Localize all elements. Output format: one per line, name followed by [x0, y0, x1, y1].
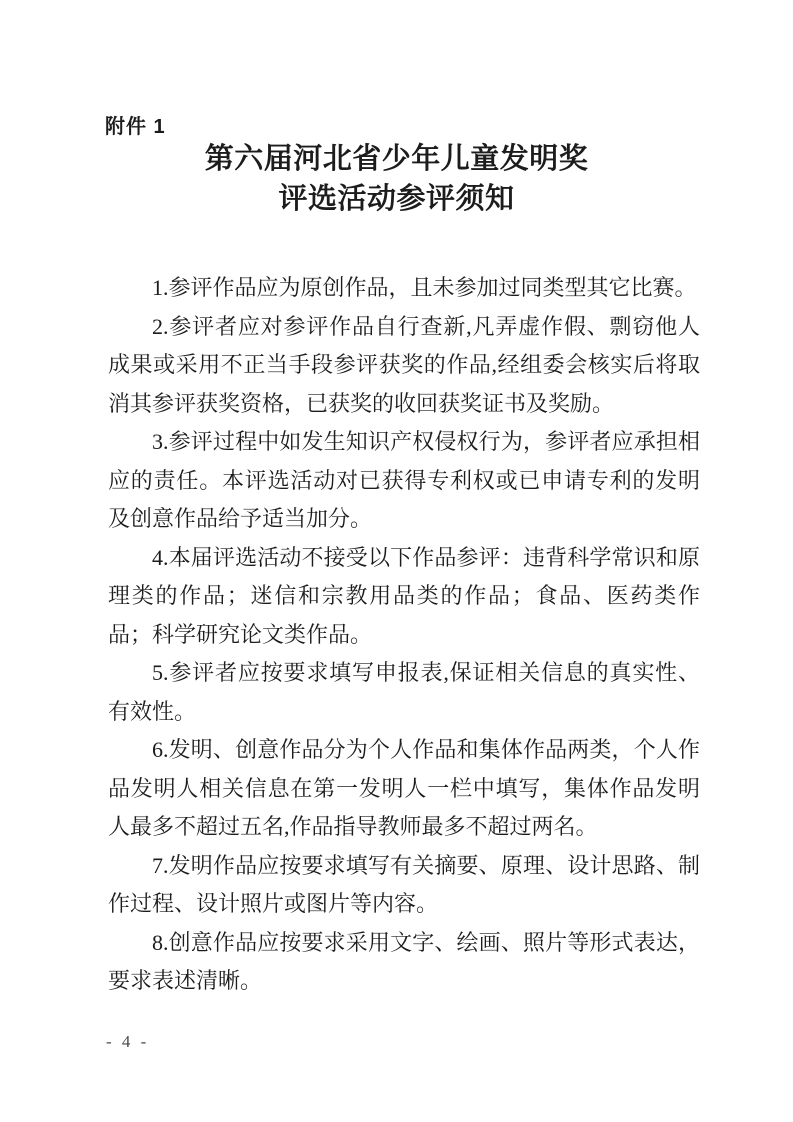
document-title: 第六届河北省少年儿童发明奖 评选活动参评须知: [0, 139, 793, 219]
paragraph-3: 3.参评过程中如发生知识产权侵权行为，参评者应承担相应的责任。本评选活动对已获得…: [108, 423, 700, 539]
paragraph-2: 2.参评者应对参评作品自行查新,凡弄虚作假、剽窃他人成果或采用不正当手段参评获奖…: [108, 308, 700, 424]
paragraph-1: 1.参评作品应为原创作品，且未参加过同类型其它比赛。: [108, 269, 700, 308]
paragraph-7: 7.发明作品应按要求填写有关摘要、原理、设计思路、制作过程、设计照片或图片等内容…: [108, 847, 700, 924]
document-title-line-1: 第六届河北省少年儿童发明奖: [0, 139, 793, 179]
paragraph-5: 5.参评者应按要求填写申报表,保证相关信息的真实性、有效性。: [108, 654, 700, 731]
paragraph-4: 4.本届评选活动不接受以下作品参评：违背科学常识和原理类的作品；迷信和宗教用品类…: [108, 539, 700, 655]
attachment-label: 附件 1: [105, 110, 166, 139]
document-body: 1.参评作品应为原创作品，且未参加过同类型其它比赛。 2.参评者应对参评作品自行…: [108, 269, 700, 1001]
page-number: - 4 -: [106, 1032, 149, 1052]
document-title-line-2: 评选活动参评须知: [0, 179, 793, 219]
document-page: 附件 1 第六届河北省少年儿童发明奖 评选活动参评须知 1.参评作品应为原创作品…: [0, 0, 793, 1122]
paragraph-8: 8.创意作品应按要求采用文字、绘画、照片等形式表达，要求表述清晰。: [108, 924, 700, 1001]
paragraph-6: 6.发明、创意作品分为个人作品和集体作品两类，个人作品发明人相关信息在第一发明人…: [108, 731, 700, 847]
